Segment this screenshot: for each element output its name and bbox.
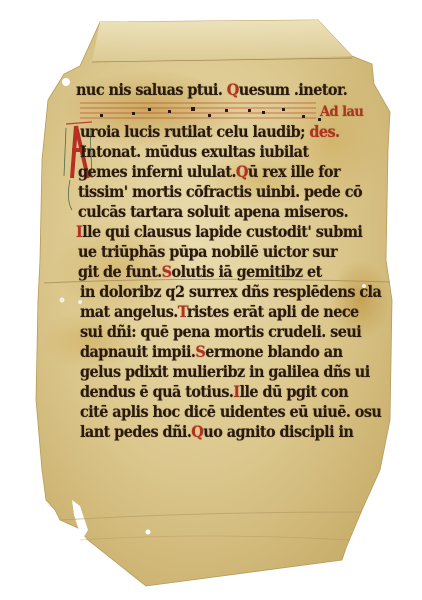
text-line: dapnauit impii.Sermone blando an	[80, 342, 343, 361]
text-line: lant pedes dñi.Quo agnito discipli in	[80, 422, 353, 441]
text-line: Ille qui clausus lapide custodit' submi	[76, 222, 362, 241]
staff-rubric: Ad lau	[320, 104, 363, 120]
text-line: tissim' mortis cōfractis uinbi. pede cō	[78, 182, 362, 201]
text-line: uroia lucis rutilat celu laudib; des.	[80, 122, 340, 141]
text-line: culcās tartara soluit apena miseros.	[78, 202, 348, 221]
text-line: Intonat. mūdus exultas iubilat	[80, 142, 309, 161]
text-line: gemes inferni ululat.Qū rex ille for	[78, 162, 340, 181]
text-line: git de funt.Solutis iā gemitibz et	[78, 262, 322, 281]
manuscript-photo: nuc nis saluas ptui. Quesum .inetor. Ad …	[0, 0, 422, 600]
header-line: nuc nis saluas ptui. Quesum .inetor.	[76, 80, 347, 99]
text-line: citē aplis hoc dicē uidentes eū uiuē. os…	[80, 402, 381, 421]
text-line: gelus pdixit mulieribz in galilea dñs ui	[80, 362, 370, 381]
text-line: ue triūphās pūpa nobilē uictor sur	[78, 242, 337, 261]
text-line: mat angelus.Tristes erāt apli de nece	[80, 302, 359, 321]
text-line: dendus ē quā totius.Ille dū pgit con	[80, 382, 348, 401]
text-line: in doloribz q2 surrex dñs resplēdens cla	[80, 282, 381, 301]
text-line: sui dñi: quē pena mortis crudeli. seui	[80, 322, 361, 341]
